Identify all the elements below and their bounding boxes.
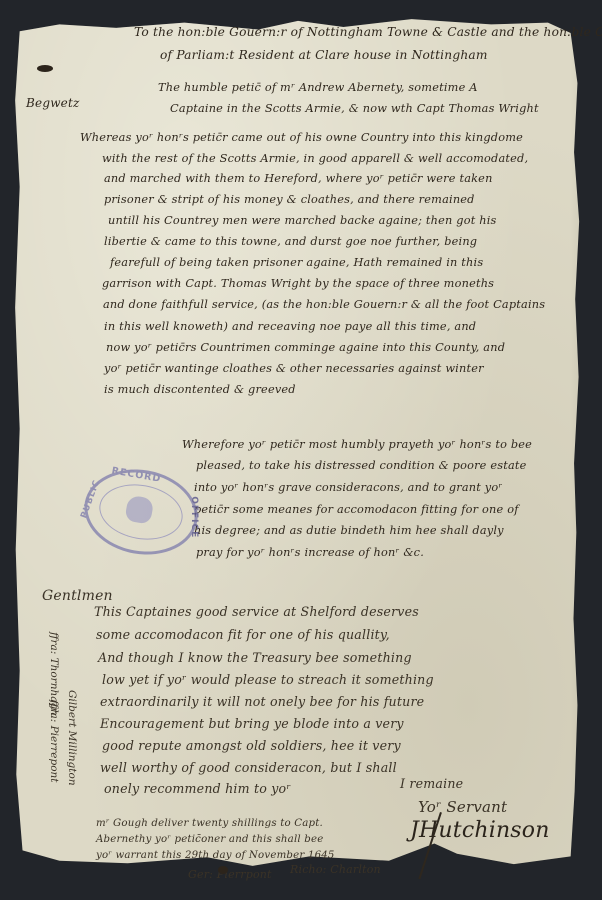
margin-signature-vertical: ffra: Pierrepont (48, 700, 60, 783)
order-signature: Richo: Charlton (290, 863, 381, 876)
petition-line: prisoner & stript of his money & cloathe… (104, 193, 475, 206)
prayer-line: pray for yoʳ honʳs increase of honʳ &c. (196, 546, 424, 559)
prayer-line: his degree; and as dutie bindeth him hee… (194, 524, 504, 537)
petition-line: yoʳ petic̄r wantinge cloathes & other ne… (104, 362, 484, 375)
letter-line: onely recommend him to yoʳ (104, 781, 291, 796)
opening-line-2: Captaine in the Scotts Armie, & now wth … (170, 102, 539, 115)
order-signature: Ger: Pierrpont (188, 868, 272, 881)
petition-line: libertie & came to this towne, and durst… (104, 235, 477, 248)
address-line-1: To the hon:ble Gouern:r of Nottingham To… (134, 25, 602, 39)
letter-line: extraordinarily it will not onely bee fo… (100, 694, 424, 709)
letter-salutation: Gentlmen (42, 588, 113, 604)
address-line-2: of Parliam:t Resident at Clare house in … (160, 48, 488, 62)
petition-line: now yoʳ petic̄rs Countrimen comminge aga… (106, 341, 505, 354)
prayer-line: Wherefore yoʳ petic̄r most humbly prayet… (182, 438, 532, 451)
prayer-line: petic̄r some meanes for accomodacon fitt… (194, 503, 519, 516)
petition-line: is much discontented & greeved (104, 383, 296, 396)
letter-line: And though I know the Treasury bee somet… (98, 650, 412, 665)
ink-blot (37, 65, 53, 72)
letter-closing-servant: Yoʳ Servant (418, 798, 507, 816)
opening-line-1: The humble petic̄ of mʳ Andrew Abernety,… (158, 81, 478, 94)
petition-line: in this well knoweth) and receaving noe … (104, 320, 476, 333)
petition-line: garrison with Capt. Thomas Wright by the… (102, 277, 494, 290)
petition-line: untill his Countrey men were marched bac… (108, 214, 497, 227)
letter-line: some accomodacon fit for one of his qual… (96, 627, 390, 642)
petition-line: and done faithfull service, (as the hon:… (103, 298, 545, 311)
order-note-line: Abernethy yoʳ petic̄oner and this shall … (96, 834, 324, 845)
petition-line: fearefull of being taken prisoner againe… (110, 256, 483, 269)
letter-line: This Captaines good service at Shelford … (94, 604, 419, 619)
letter-line: good repute amongst old soldiers, hee it… (102, 738, 401, 753)
stamp-text-right: OFFICE (189, 496, 199, 538)
prayer-line: into yoʳ honʳs grave consideracons, and … (194, 481, 503, 494)
margin-signature-vertical: Gilbert Millington (66, 690, 78, 786)
letter-line: low yet if yoʳ would please to streach i… (102, 672, 434, 687)
prayer-line: pleased, to take his distressed conditio… (196, 459, 527, 472)
ink-blot (218, 866, 228, 874)
petition-line: with the rest of the Scotts Armie, in go… (102, 152, 528, 165)
order-note-line: yoʳ warrant this 29th day of November 16… (96, 850, 335, 861)
petition-line: Whereas yoʳ honʳs petic̄r came out of hi… (80, 131, 523, 144)
letter-line: Encouragement but bring ye blode into a … (100, 716, 404, 731)
order-note-line: mʳ Gough deliver twenty shillings to Cap… (96, 818, 323, 829)
letter-line: well worthy of good consideracon, but I … (100, 760, 397, 775)
letter-closing-remaine: I remaine (400, 776, 463, 791)
petition-line: and marched with them to Hereford, where… (104, 172, 493, 185)
margin-note: Begwetz (26, 96, 80, 110)
